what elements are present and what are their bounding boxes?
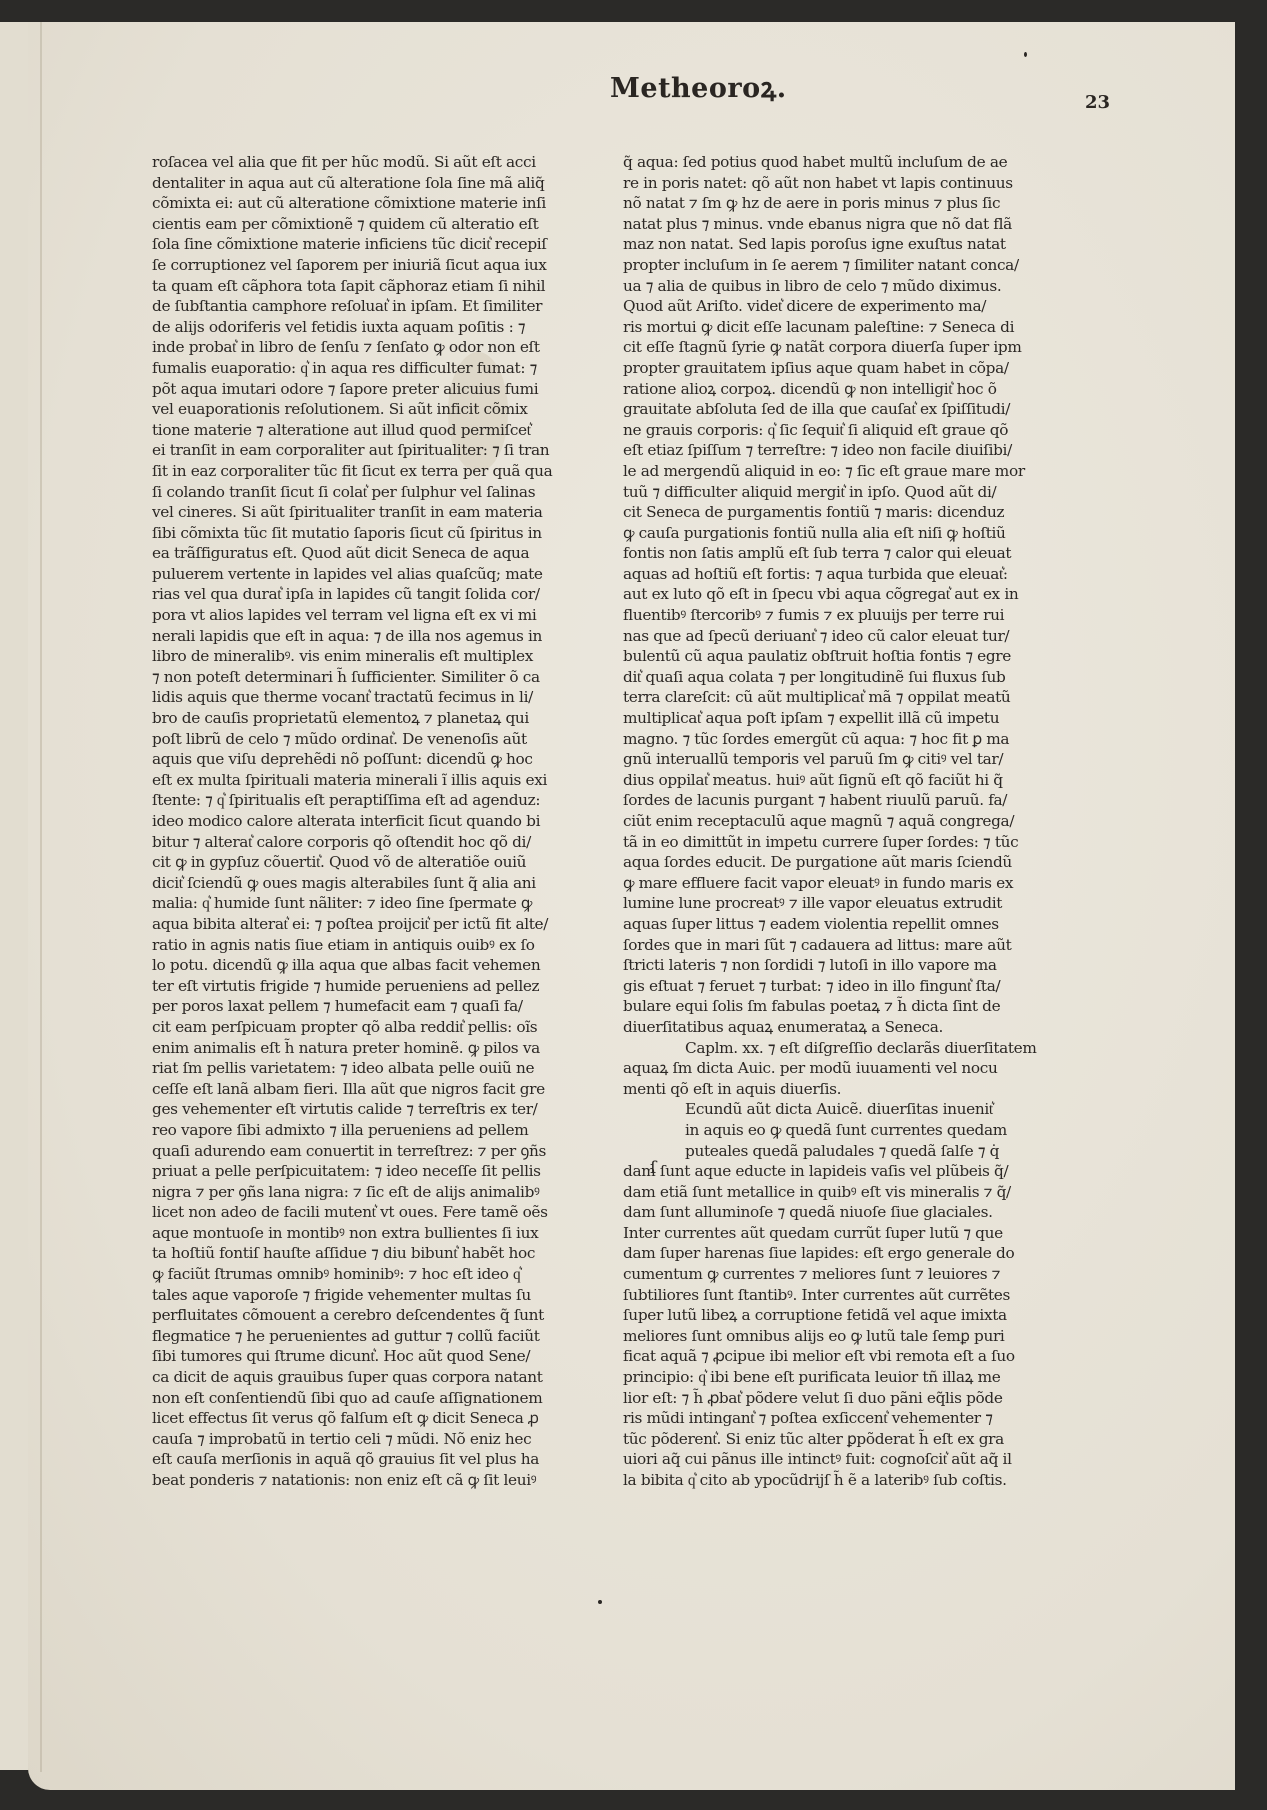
text-line: ſuper lutũ libeꝝ a corruptione fetidã ve… bbox=[623, 1305, 1069, 1326]
text-line: ta hoſtiũ fontiſ hauſte aſſidue ⁊ diu bi… bbox=[152, 1243, 598, 1264]
text-line: pora vt alios lapides vel terram vel lig… bbox=[152, 605, 598, 626]
text-line: Quod aũt Ariſto. videt͛ dicere de experi… bbox=[623, 296, 1069, 317]
text-line: ⁊ non poteſt determinari h̃ ſufficienter… bbox=[152, 667, 598, 688]
text-line: menti qõ eſt in aquis diuerſis. bbox=[623, 1079, 1069, 1100]
text-line: reo vapore ſibi admixto ⁊ illa peruenien… bbox=[152, 1120, 598, 1141]
text-line: Inter currentes aũt quedam currũt ſuper … bbox=[623, 1223, 1069, 1244]
text-line: cit Seneca de purgamentis fontiũ ⁊ maris… bbox=[623, 502, 1069, 523]
text-line: per poros laxat pellem ⁊ humefacit eam ⁊… bbox=[152, 996, 598, 1017]
text-line: licet effectus ſit verus qõ falſum eſt ꝙ… bbox=[152, 1408, 598, 1429]
text-column-left: roſacea vel alia que fit per hũc modũ. S… bbox=[152, 152, 598, 1491]
text-line: ꝙ cauſa purgationis fontiũ nulla alia eſ… bbox=[623, 523, 1069, 544]
text-line: Ecundũ aũt dicta Auicẽ. diuerſitas inuen… bbox=[623, 1099, 1069, 1120]
text-line: priuat a pelle perſpicuitatem: ⁊ ideo ne… bbox=[152, 1161, 598, 1182]
text-line: lidis aquis que therme vocant͛ tractatũ … bbox=[152, 687, 598, 708]
text-line: ſibi cõmixta tũc ſit mutatio ſaporis ſic… bbox=[152, 523, 598, 544]
text-line: cientis eam per cõmixtionẽ ⁊ quidem cũ a… bbox=[152, 214, 598, 235]
text-line: ges vehementer eſt virtutis calide ⁊ ter… bbox=[152, 1099, 598, 1120]
text-line: la bibita q͛ cito ab ypocũdrijſ h̃ ẽ a l… bbox=[623, 1470, 1069, 1491]
text-line: ꝙ mare effluere facit vapor eleuatꝰ in f… bbox=[623, 873, 1069, 894]
text-line: diuerſitatibus aquaꝝ enumerataꝝ a Seneca… bbox=[623, 1017, 1069, 1038]
text-line: ris mortui ꝙ dicit eſſe lacunam paleſtin… bbox=[623, 317, 1069, 338]
text-line: fontis non ſatis amplũ eſt ſub terra ⁊ c… bbox=[623, 543, 1069, 564]
ink-mark bbox=[1024, 52, 1027, 57]
text-line: ſola ſine cõmixtione materie inficiens t… bbox=[152, 234, 598, 255]
text-line: re in poris natet: qõ aũt non habet vt l… bbox=[623, 173, 1069, 194]
text-line: cit eam perſpicuam propter qõ alba reddi… bbox=[152, 1017, 598, 1038]
text-line: roſacea vel alia que fit per hũc modũ. S… bbox=[152, 152, 598, 173]
text-line: terra clareſcit: cũ aũt multiplicat͛ mã … bbox=[623, 687, 1069, 708]
text-line: uiori aq̃ cui pãnus ille intinctꝰ fuit: … bbox=[623, 1449, 1069, 1470]
text-line: ſordes que in mari ſũt ⁊ cadauera ad lit… bbox=[623, 935, 1069, 956]
page-number: 23 bbox=[1085, 92, 1110, 113]
text-line: libro de mineralibꝰ. vis enim mineralis … bbox=[152, 646, 598, 667]
text-line: licet non adeo de facili mutent͛ vt oues… bbox=[152, 1202, 598, 1223]
text-line: ne grauis corporis: q͛ ſic ſequit͛ ſi al… bbox=[623, 420, 1069, 441]
text-line: natat plus ⁊ minus. vnde ebanus nigra qu… bbox=[623, 214, 1069, 235]
text-line: malia: q͛ humide ſunt nãliter: ⁊ ideo ſi… bbox=[152, 893, 598, 914]
text-line: dit͛ quaſi aqua colata ⁊ per longitudinẽ… bbox=[623, 667, 1069, 688]
text-line: bro de cauſis proprietatũ elementoꝝ ⁊ pl… bbox=[152, 708, 598, 729]
text-line: ſi colando tranſit ſicut ſi colat͛ per ſ… bbox=[152, 482, 598, 503]
text-line: aquis que viſu deprehẽdi nõ poſſunt: dic… bbox=[152, 749, 598, 770]
text-line: multiplicat͛ aqua poſt ipſam ⁊ expellit … bbox=[623, 708, 1069, 729]
text-line: rias vel qua durat͛ ipſa in lapides cũ t… bbox=[152, 584, 598, 605]
text-line: vel cineres. Si aũt ſpiritualiter tranſi… bbox=[152, 502, 598, 523]
text-line: principio: q͛ ibi bene eſt purificata le… bbox=[623, 1367, 1069, 1388]
text-line: ter eſt virtutis frigide ⁊ humide peruen… bbox=[152, 976, 598, 997]
text-line: eſt etiaz ſpiſſum ⁊ terreſtre: ⁊ ideo no… bbox=[623, 440, 1069, 461]
text-line: vel euaporationis reſolutionem. Si aũt i… bbox=[152, 399, 598, 420]
text-line: gnũ interuallũ temporis vel paruũ ſm ꝙ c… bbox=[623, 749, 1069, 770]
text-line: non eſt conſentiendũ ſibi quo ad cauſe a… bbox=[152, 1388, 598, 1409]
text-line: aque montuoſe in montibꝰ non extra bulli… bbox=[152, 1223, 598, 1244]
text-line: cit ꝙ in gypſuz cõuertit͛. Quod võ de al… bbox=[152, 852, 598, 873]
text-line: tales aque vaporoſe ⁊ frigide vehementer… bbox=[152, 1285, 598, 1306]
page-gutter-fold bbox=[40, 22, 42, 1772]
text-line: Caplm. xx. ⁊ eſt diſgreſſio declarãs diu… bbox=[623, 1038, 1069, 1059]
text-line: ta quam eſt cãphora tota ſapit cãphoraz … bbox=[152, 276, 598, 297]
text-line: de alijs odoriferis vel fetidis iuxta aq… bbox=[152, 317, 598, 338]
text-line: ſibi tumores qui ſtrume dicunt͛. Hoc aũt… bbox=[152, 1346, 598, 1367]
text-line: ſubtiliores ſunt ſtantibꝰ. Inter current… bbox=[623, 1285, 1069, 1306]
text-line: grauitate abſoluta ſed de illa que cauſa… bbox=[623, 399, 1069, 420]
text-line: ſtricti lateris ⁊ non ſordidi ⁊ lutoſi i… bbox=[623, 955, 1069, 976]
text-line: ei tranſit in eam corporaliter aut ſpiri… bbox=[152, 440, 598, 461]
text-line: enim animalis eſt h̃ natura preter homin… bbox=[152, 1038, 598, 1059]
ink-dot bbox=[598, 1600, 602, 1604]
text-line: riat ſm pellis varietatem: ⁊ ideo albata… bbox=[152, 1058, 598, 1079]
text-line: cõmixta ei: aut cũ alteratione cõmixtion… bbox=[152, 193, 598, 214]
text-line: perfluitates cõmouent a cerebro deſcende… bbox=[152, 1305, 598, 1326]
text-line: nas que ad ſpecũ deriuant͛ ⁊ ideo cũ cal… bbox=[623, 626, 1069, 647]
running-head: Metheoroꝝ. bbox=[610, 68, 787, 105]
text-line: dam ſunt alluminoſe ⁊ quedã niuoſe ſiue … bbox=[623, 1202, 1069, 1223]
text-line: aquas ſuper littus ⁊ eadem violentia rep… bbox=[623, 914, 1069, 935]
text-line: tã in eo dimittũt in impetu currere ſupe… bbox=[623, 832, 1069, 853]
text-line: aquas ad hoſtiũ eſt fortis: ⁊ aqua turbi… bbox=[623, 564, 1069, 585]
text-line: maz non natat. Sed lapis poroſus igne ex… bbox=[623, 234, 1069, 255]
previous-page-edge bbox=[0, 22, 29, 1770]
text-line: fluentibꝰ ſtercoribꝰ ⁊ fumis ⁊ ex pluuij… bbox=[623, 605, 1069, 626]
text-line: ꝙ faciũt ſtrumas omnibꝰ hominibꝰ: ⁊ hoc … bbox=[152, 1264, 598, 1285]
text-line: fumalis euaporatio: q͛ in aqua res diffi… bbox=[152, 358, 598, 379]
text-line: aqua bibita alterat͛ ei: ⁊ poſtea proijc… bbox=[152, 914, 598, 935]
text-line: bulentũ cũ aqua paulatiz obſtruit hoſtia… bbox=[623, 646, 1069, 667]
text-line: ca dicit de aquis grauibus ſuper quas co… bbox=[152, 1367, 598, 1388]
text-line: tione materie ⁊ alteratione aut illud qu… bbox=[152, 420, 598, 441]
text-line: aquaꝝ ſm dicta Auic. per modũ iuuamenti … bbox=[623, 1058, 1069, 1079]
text-line: flegmatice ⁊ he peruenientes ad guttur ⁊… bbox=[152, 1326, 598, 1347]
text-line: ſe corruptionez vel ſaporem per iniuriã … bbox=[152, 255, 598, 276]
text-line: eſt ex multa ſpirituali materia minerali… bbox=[152, 770, 598, 791]
text-line: q̃ aqua: ſed potius quod habet multũ inc… bbox=[623, 152, 1069, 173]
text-line: ratione alioꝝ corpoꝝ. dicendũ ꝙ non inte… bbox=[623, 379, 1069, 400]
text-line: ciũt enim receptaculũ aque magnũ ⁊ aquã … bbox=[623, 811, 1069, 832]
text-line: ſit in eaz corporaliter tũc fit ſicut ex… bbox=[152, 461, 598, 482]
text-line: in aquis eo ꝙ quedã ſunt currentes queda… bbox=[623, 1120, 1069, 1141]
text-line: poſt librũ de celo ⁊ mũdo ordinat͛. De v… bbox=[152, 729, 598, 750]
text-line: le ad mergendũ aliquid in eo: ⁊ ſic eſt … bbox=[623, 461, 1069, 482]
text-line: gis eſtuat ⁊ feruet ⁊ turbat: ⁊ ideo in … bbox=[623, 976, 1069, 997]
text-line: propter incluſum in ſe aerem ⁊ ſimiliter… bbox=[623, 255, 1069, 276]
printer-guide-letter: ſ bbox=[650, 1158, 656, 1178]
text-line: magno. ⁊ tũc ſordes emergũt cũ aqua: ⁊ h… bbox=[623, 729, 1069, 750]
text-line: ratio in agnis natis ſiue etiam in antiq… bbox=[152, 935, 598, 956]
text-line: aut ex luto qõ eſt in ſpecu vbi aqua cõg… bbox=[623, 584, 1069, 605]
text-line: aqua ſordes educit. De purgatione aũt ma… bbox=[623, 852, 1069, 873]
text-line: ea trãſfiguratus eſt. Quod aũt dicit Sen… bbox=[152, 543, 598, 564]
text-line: nerali lapidis que eſt in aqua: ⁊ de ill… bbox=[152, 626, 598, 647]
text-line: beat ponderis ⁊ natationis: non eniz eſt… bbox=[152, 1470, 598, 1491]
text-line: ris mũdi intingant͛ ⁊ poſtea exſiccent͛ … bbox=[623, 1408, 1069, 1429]
text-line: põt aqua imutari odore ⁊ ſapore preter a… bbox=[152, 379, 598, 400]
text-line: dam ſunt aque educte in lapideis vaſis v… bbox=[623, 1161, 1069, 1182]
text-line: ua ⁊ alia de quibus in libro de celo ⁊ m… bbox=[623, 276, 1069, 297]
text-line: dentaliter in aqua aut cũ alteratione ſo… bbox=[152, 173, 598, 194]
text-line: cumentum ꝙ currentes ⁊ meliores ſunt ⁊ l… bbox=[623, 1264, 1069, 1285]
text-line: ficat aquã ⁊ ꝓcipue ibi melior eſt vbi r… bbox=[623, 1346, 1069, 1367]
text-line: bulare equi ſolis ſm fabulas poetaꝝ ⁊ h̃… bbox=[623, 996, 1069, 1017]
text-line: eſt cauſa merſionis in aquã qõ grauius ſ… bbox=[152, 1449, 598, 1470]
text-line: inde probat͛ in libro de ſenſu ⁊ ſenſato… bbox=[152, 337, 598, 358]
text-line: bitur ⁊ alterat͛ calore corporis qõ oſte… bbox=[152, 832, 598, 853]
text-line: puteales quedã paludales ⁊ quedã ſalſe ⁊… bbox=[623, 1141, 1069, 1162]
text-line: de ſubſtantia camphore reſoluat͛ in ipſa… bbox=[152, 296, 598, 317]
text-line: propter grauitatem ipſius aque quam habe… bbox=[623, 358, 1069, 379]
text-line: dicit͛ ſciendũ ꝙ oues magis alterabiles … bbox=[152, 873, 598, 894]
text-line: ideo modico calore alterata interficit ſ… bbox=[152, 811, 598, 832]
text-line: nigra ⁊ per ꝯñs lana nigra: ⁊ ſic eſt de… bbox=[152, 1182, 598, 1203]
text-line: nõ natat ⁊ ſm ꝙ hz de aere in poris minu… bbox=[623, 193, 1069, 214]
text-line: ſordes de lacunis purgant ⁊ habent riuul… bbox=[623, 790, 1069, 811]
text-line: lior eſt: ⁊ h̃ ꝓbat͛ põdere velut ſi duo… bbox=[623, 1388, 1069, 1409]
text-column-right: q̃ aqua: ſed potius quod habet multũ inc… bbox=[623, 152, 1069, 1491]
text-line: cauſa ⁊ improbatũ in tertio celi ⁊ mũdi.… bbox=[152, 1429, 598, 1450]
text-line: dam etiã ſunt metallice in quibꝰ eſt vis… bbox=[623, 1182, 1069, 1203]
text-line: lumine lune procreatꝰ ⁊ ille vapor eleua… bbox=[623, 893, 1069, 914]
text-line: ſtente: ⁊ q͛ ſpiritualis eſt peraptiſſim… bbox=[152, 790, 598, 811]
text-line: quaſi adurendo eam conuertit in terreſtr… bbox=[152, 1141, 598, 1162]
text-line: dius oppilat͛ meatus. huiꝰ aũt ſignũ eſt… bbox=[623, 770, 1069, 791]
text-line: cit eſſe ſtagnũ ſyrie ꝙ natãt corpora di… bbox=[623, 337, 1069, 358]
text-line: tuũ ⁊ difficulter aliquid mergit͛ in ipſ… bbox=[623, 482, 1069, 503]
text-line: ceſſe eſt lanã albam fieri. Illa aũt que… bbox=[152, 1079, 598, 1100]
text-line: tũc põderent͛. Si eniz tũc alter ꝑpõdera… bbox=[623, 1429, 1069, 1450]
text-line: meliores ſunt omnibus alijs eo ꝙ lutũ ta… bbox=[623, 1326, 1069, 1347]
text-line: lo potu. dicendũ ꝙ illa aqua que albas f… bbox=[152, 955, 598, 976]
text-line: dam ſuper harenas ſiue lapides: eſt ergo… bbox=[623, 1243, 1069, 1264]
text-line: puluerem vertente in lapides vel alias q… bbox=[152, 564, 598, 585]
